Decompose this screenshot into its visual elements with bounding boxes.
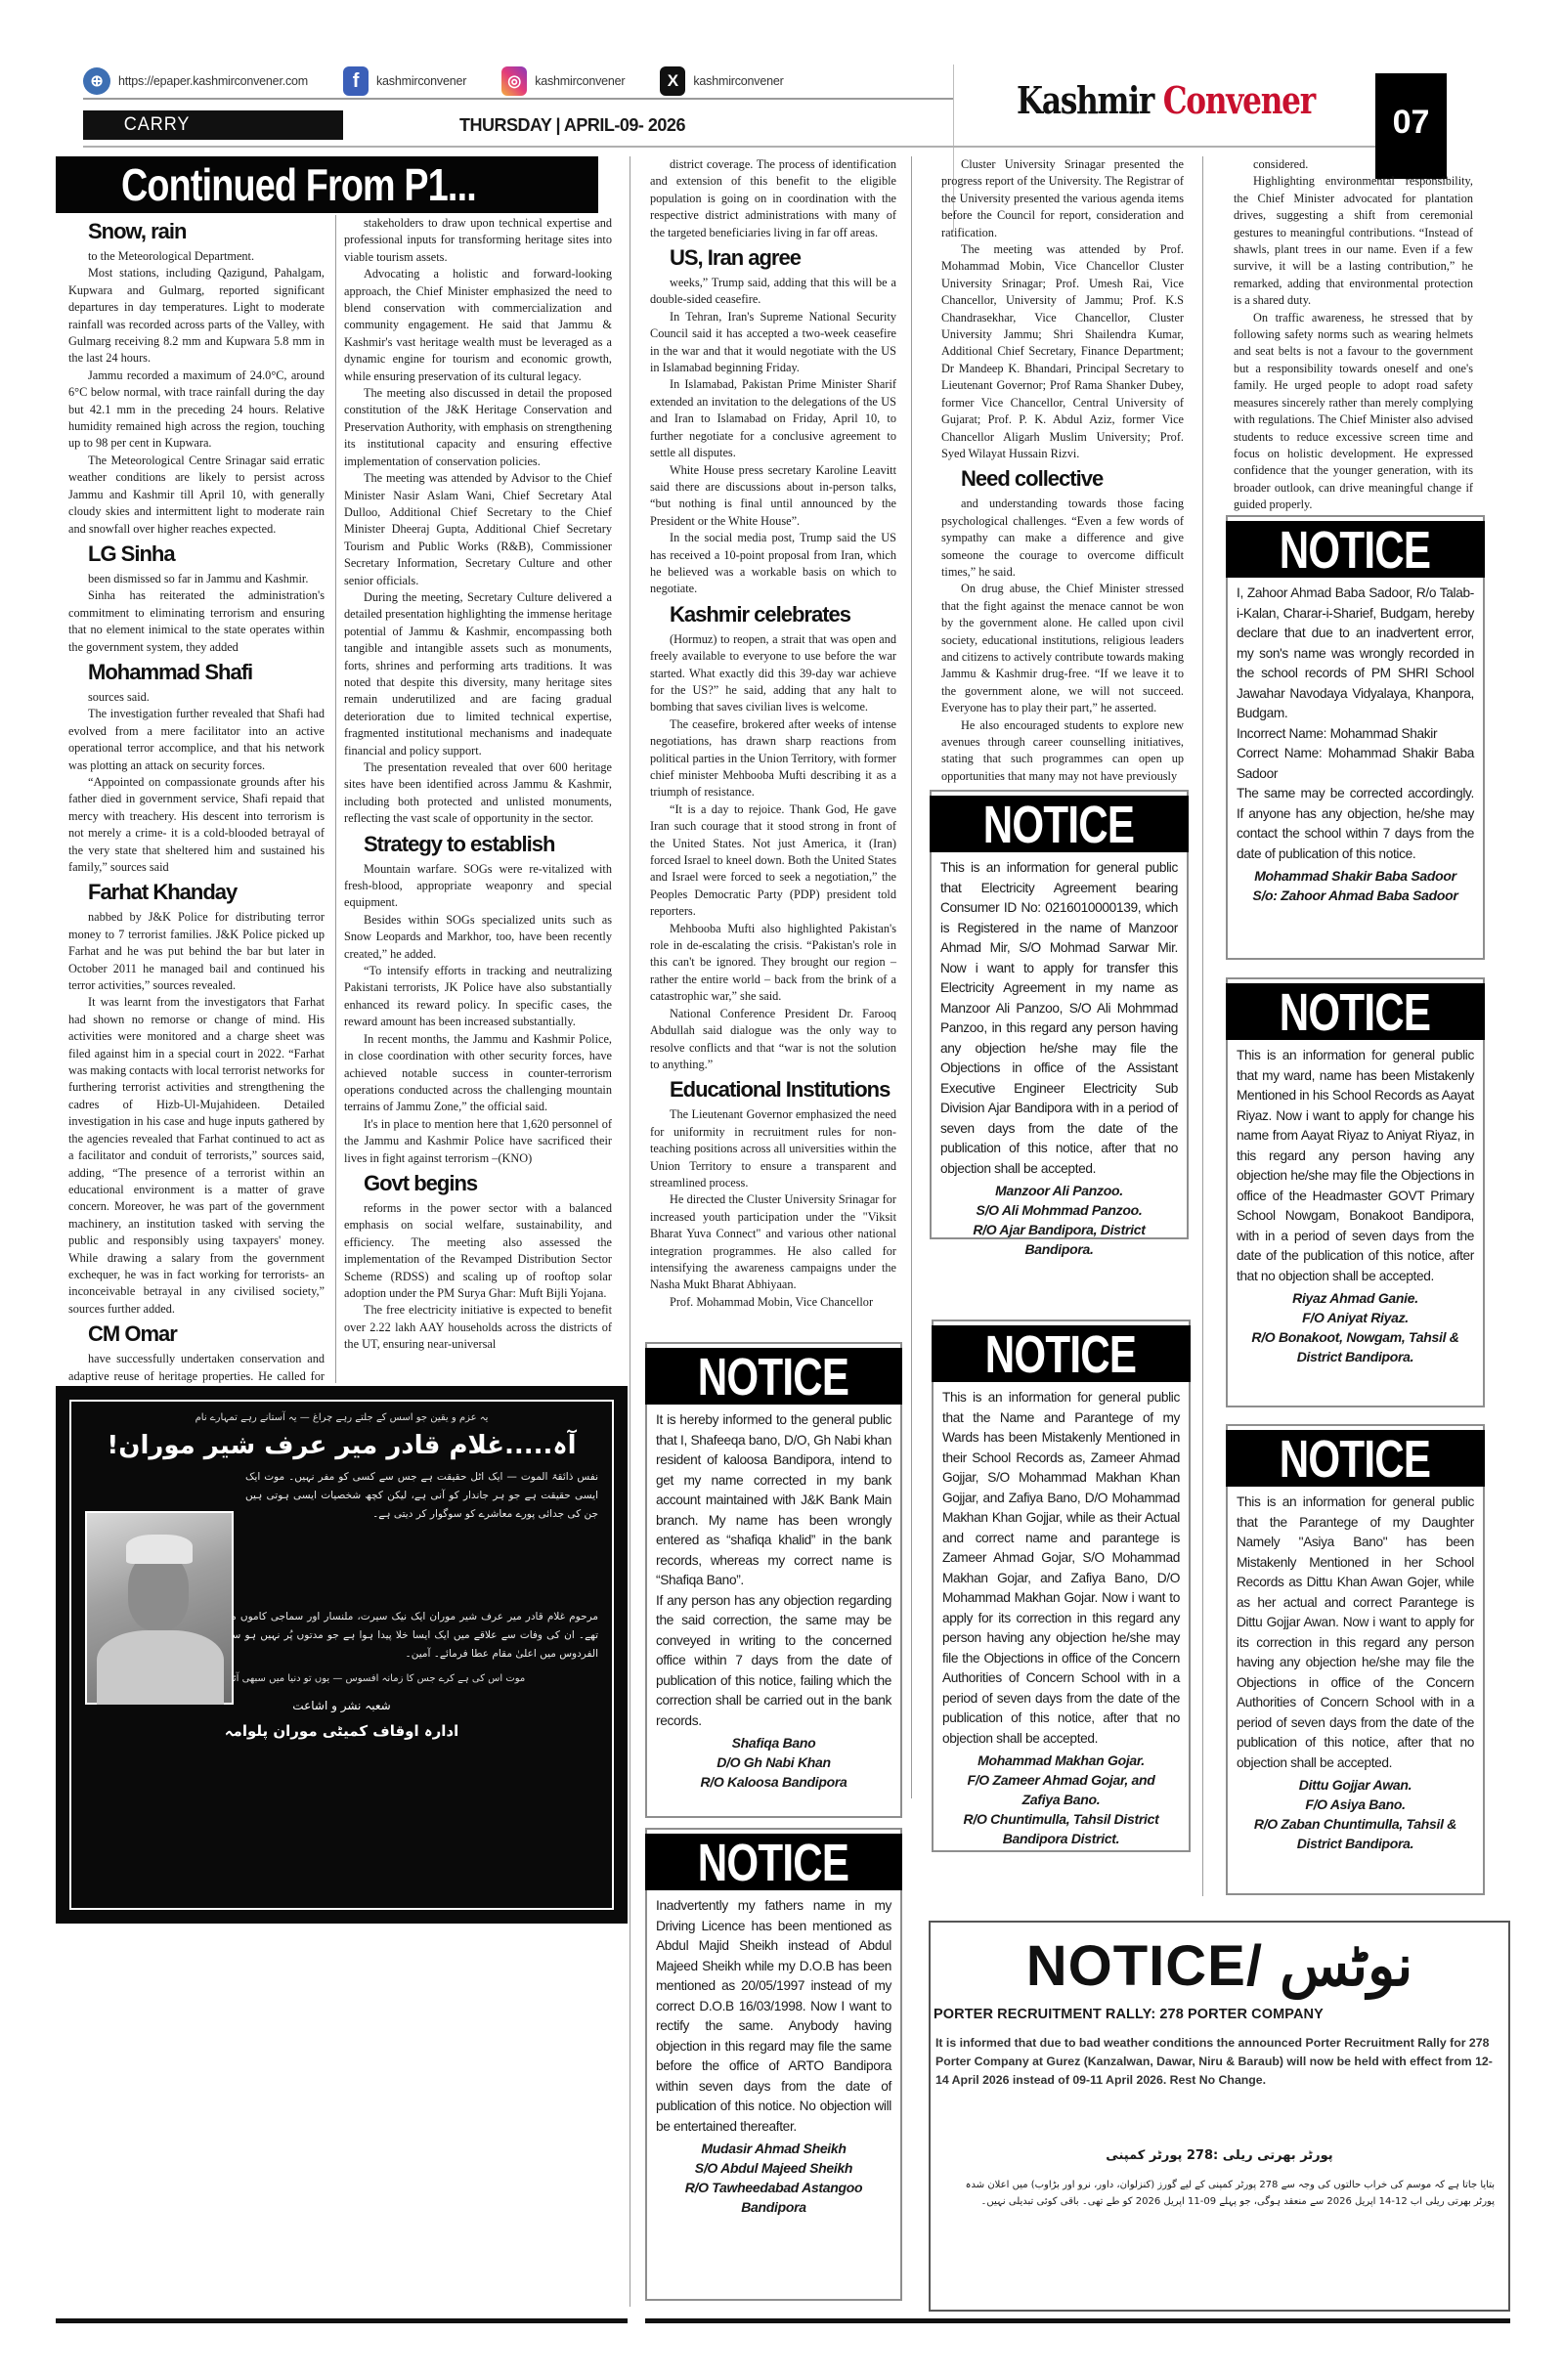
notice-signature: Manzoor Ali Panzoo.S/O Ali Mohmmad Panzo… <box>932 1181 1187 1265</box>
signature-line: Mohammad Shakir Baba Sadoor <box>1234 866 1477 886</box>
article-paragraph: considered. <box>1234 156 1473 173</box>
notice-heading-text: NOTICE <box>985 1325 1136 1384</box>
notice-heading-text: NOTICE <box>1280 1430 1430 1489</box>
article-column-5: considered.Highlighting environmental re… <box>1234 156 1473 514</box>
porter-urdu-title: پورٹر بھرتی ریلی :278 پورٹر کمپنی <box>931 2148 1508 2163</box>
notice-text: Correct Name: Mohammad Shakir Baba Sadoo… <box>1237 744 1474 784</box>
banner-text: Continued From P1... <box>121 156 476 213</box>
notice-text: Incorrect Name: Mohammad Shakir <box>1237 724 1474 745</box>
porter-recruitment-notice: NOTICE/ نوٹس PORTER RECRUITMENT RALLY: 2… <box>929 1921 1510 2312</box>
article-paragraph: Cluster University Srinagar presented th… <box>941 156 1184 241</box>
notice-heading: NOTICE <box>932 1325 1191 1382</box>
signature-line: D/O Gh Nabi Khan <box>653 1753 894 1772</box>
notice-text: It is hereby informed to the general pub… <box>656 1410 891 1591</box>
article-paragraph: to the Meteorological Department. <box>68 248 325 265</box>
logo-convener: Convener <box>1163 78 1315 122</box>
notice-heading-text: NOTICE <box>698 1348 848 1406</box>
article-subheading: CM Omar <box>88 1320 325 1349</box>
notice-text: If any person has any objection regardin… <box>656 1591 891 1732</box>
obituary-verse: یہ عزم و یقین جو اسس کے جلتے رہے چراغ — … <box>71 1411 612 1425</box>
urdu-obituary: یہ عزم و یقین جو اسس کے جلتے رہے چراغ — … <box>56 1386 628 1924</box>
article-subheading: Need collective <box>961 464 1184 494</box>
signature-line: Dittu Gojjar Awan. <box>1234 1775 1477 1795</box>
notice-heading-text: NOTICE <box>1280 521 1430 580</box>
notice-mudasir-sheikh: NOTICEInadvertently my fathers name in m… <box>645 1828 902 2301</box>
x-handle: kashmirconvener <box>693 74 783 88</box>
logo-kashmir: Kashmir <box>1017 78 1153 122</box>
article-paragraph: Mountain warfare. SOGs were re-vitalized… <box>344 861 612 912</box>
article-paragraph: During the meeting, Secretary Culture de… <box>344 589 612 759</box>
notice-text: This is an information for general publi… <box>1237 1046 1474 1286</box>
photo-face <box>128 1552 189 1630</box>
instagram-handle: kashmirconvener <box>535 74 625 88</box>
porter-heading: NOTICE/ نوٹس <box>931 1932 1508 2001</box>
notice-body: This is an information for general publi… <box>934 1382 1189 1751</box>
notice-manzoor-panzoo: NOTICEThis is an information for general… <box>930 790 1189 1239</box>
article-paragraph: Advocating a holistic and forward-lookin… <box>344 266 612 385</box>
notice-heading-text: NOTICE <box>698 1834 848 1892</box>
article-column-3: district coverage. The process of identi… <box>650 156 896 1311</box>
notice-signature: Shafiqa BanoD/O Gh Nabi KhanR/O Kaloosa … <box>647 1733 900 1797</box>
signature-line: R/O Zaban Chuntimulla, Tahsil & <box>1234 1814 1477 1834</box>
article-paragraph: In the social media post, Trump said the… <box>650 530 896 598</box>
article-paragraph: Sinha has reiterated the administration'… <box>68 587 325 656</box>
website-link[interactable]: ⊕ https://epaper.kashmirconvener.com <box>83 67 308 95</box>
article-subheading: US, Iran agree <box>670 243 896 273</box>
article-paragraph: On drug abuse, the Chief Minister stress… <box>941 581 1184 716</box>
article-paragraph: Most stations, including Qazigund, Pahal… <box>68 265 325 367</box>
notice-riyaz-ganie: NOTICEThis is an information for general… <box>1226 977 1485 1407</box>
porter-title: PORTER RECRUITMENT RALLY: 278 PORTER COM… <box>934 2007 1508 2022</box>
article-paragraph: The Lieutenant Governor emphasized the n… <box>650 1106 896 1191</box>
article-paragraph: In Islamabad, Pakistan Prime Minister Sh… <box>650 376 896 461</box>
signature-line: R/O Ajar Bandipora, District <box>937 1220 1181 1239</box>
signature-line: F/O Aniyat Riyaz. <box>1234 1308 1477 1327</box>
obituary-title: آہ.....غلام قادر میر عرف شیر موران! <box>71 1431 612 1460</box>
notice-text: This is an information for general publi… <box>1237 1493 1474 1773</box>
article-paragraph: It was learnt from the investigators tha… <box>68 994 325 1318</box>
social-bar: ⊕ https://epaper.kashmirconvener.com f k… <box>83 70 953 100</box>
notice-shafiqa-bano: NOTICEIt is hereby informed to the gener… <box>645 1342 902 1818</box>
facebook-icon: f <box>343 66 369 96</box>
photo-cap <box>126 1535 193 1564</box>
article-paragraph: Jammu recorded a maximum of 24.0°C, arou… <box>68 368 325 453</box>
article-paragraph: National Conference President Dr. Farooq… <box>650 1006 896 1074</box>
notice-body: Inadvertently my fathers name in my Driv… <box>647 1890 900 2139</box>
article-paragraph: and understanding towards those facing p… <box>941 496 1184 581</box>
article-paragraph: The meeting was attended by Prof. Mohamm… <box>941 241 1184 462</box>
notice-text: The same may be corrected accordingly. I… <box>1237 784 1474 864</box>
signature-line: District Bandipora. <box>1234 1834 1477 1853</box>
notice-signature: Riyaz Ahmad Ganie.F/O Aniyat Riyaz.R/O B… <box>1228 1288 1483 1372</box>
instagram-link[interactable]: ◎ kashmirconvener <box>501 66 625 96</box>
article-subheading: Snow, rain <box>88 217 325 246</box>
signature-line: R/O Tawheedabad Astangoo <box>653 2178 894 2197</box>
website-url: https://epaper.kashmirconvener.com <box>118 74 308 88</box>
signature-line: Mohammad Makhan Gojar. <box>939 1751 1183 1770</box>
article-paragraph: In recent months, the Jammu and Kashmir … <box>344 1031 612 1116</box>
section-label: CARRY <box>83 110 343 140</box>
signature-line: Zafiya Bano. <box>939 1790 1183 1809</box>
signature-line: F/O Asiya Bano. <box>1234 1795 1477 1814</box>
notice-text: This is an information for general publi… <box>940 858 1178 1179</box>
porter-urdu-text: بتایا جاتا ہے کہ موسم کی خراب حالتوں کی … <box>931 2163 1508 2210</box>
newspaper-logo: Kashmir Convener <box>1017 78 1315 122</box>
instagram-icon: ◎ <box>501 66 527 96</box>
notice-gojar-wards: NOTICEThis is an information for general… <box>932 1320 1191 1852</box>
signature-line: S/o: Zahoor Ahmad Baba Sadoor <box>1234 886 1477 905</box>
notice-heading: NOTICE <box>1226 521 1485 578</box>
article-paragraph: It's in place to mention here that 1,620… <box>344 1116 612 1167</box>
article-paragraph: reforms in the power sector with a balan… <box>344 1200 612 1302</box>
x-link[interactable]: X kashmirconvener <box>660 66 783 96</box>
article-paragraph: The presentation revealed that over 600 … <box>344 759 612 828</box>
article-paragraph: nabbed by J&K Police for distributing te… <box>68 909 325 994</box>
notice-body: It is hereby informed to the general pub… <box>647 1405 900 1733</box>
signature-line: R/O Kaloosa Bandipora <box>653 1772 894 1792</box>
notice-heading-text: NOTICE <box>983 796 1134 854</box>
signature-line: Shafiqa Bano <box>653 1733 894 1753</box>
notice-heading: NOTICE <box>1226 983 1485 1040</box>
article-paragraph: Besides within SOGs specialized units su… <box>344 912 612 963</box>
article-column-1: Snow, rainto the Meteorological Departme… <box>68 215 325 1402</box>
article-subheading: Educational Institutions <box>670 1075 896 1104</box>
column-rule <box>335 215 336 1383</box>
notice-text: Inadvertently my fathers name in my Driv… <box>656 1896 891 2137</box>
notice-text: This is an information for general publi… <box>942 1388 1180 1749</box>
article-paragraph: The ceasefire, brokered after weeks of i… <box>650 716 896 801</box>
continued-banner: Continued From P1... <box>56 156 598 213</box>
notice-body: This is an information for general publi… <box>932 852 1187 1181</box>
facebook-handle: kashmirconvener <box>376 74 466 88</box>
photo-body <box>97 1630 224 1705</box>
signature-line: R/O Bonakoot, Nowgam, Tahsil & <box>1234 1327 1477 1347</box>
article-paragraph: The meeting was attended by Advisor to t… <box>344 470 612 589</box>
signature-line: Bandipora District. <box>939 1829 1183 1848</box>
article-paragraph: (Hormuz) to reopen, a strait that was op… <box>650 631 896 716</box>
column-rule <box>1202 156 1203 1896</box>
signature-line: S/O Ali Mohmmad Panzoo. <box>937 1200 1181 1220</box>
signature-line: District Bandipora. <box>1234 1347 1477 1366</box>
article-paragraph: stakeholders to draw upon technical expe… <box>344 215 612 266</box>
notice-signature: Mudasir Ahmad SheikhS/O Abdul Majeed She… <box>647 2139 900 2223</box>
article-paragraph: On traffic awareness, he stressed that b… <box>1234 310 1473 514</box>
obituary-organization: ادارہ اوقاف کمیٹی موران پلوامہ <box>71 1722 612 1740</box>
article-subheading: Kashmir celebrates <box>670 600 896 629</box>
signature-line: Bandipora <box>653 2197 894 2217</box>
notice-body: I, Zahoor Ahmad Baba Sadoor, R/o Talab-i… <box>1228 578 1483 866</box>
article-paragraph: The Meteorological Centre Srinagar said … <box>68 453 325 538</box>
article-paragraph: sources said. <box>68 689 325 706</box>
signature-line: R/O Chuntimulla, Tahsil District <box>939 1809 1183 1829</box>
article-paragraph: The meeting also discussed in detail the… <box>344 385 612 470</box>
signature-line: S/O Abdul Majeed Sheikh <box>653 2158 894 2178</box>
globe-icon: ⊕ <box>83 67 110 95</box>
notice-dittu-gojjar: NOTICEThis is an information for general… <box>1226 1424 1485 1895</box>
article-paragraph: “It is a day to rejoice. Thank God, He g… <box>650 801 896 921</box>
article-paragraph: district coverage. The process of identi… <box>650 156 896 241</box>
article-subheading: Farhat Khanday <box>88 878 325 907</box>
article-column-4: Cluster University Srinagar presented th… <box>941 156 1184 785</box>
bottom-rule <box>56 2318 628 2323</box>
article-paragraph: weeks,” Trump said, adding that this wil… <box>650 275 896 309</box>
article-paragraph: The free electricity initiative is expec… <box>344 1302 612 1353</box>
signature-line: Bandipora. <box>937 1239 1181 1259</box>
article-paragraph: “To intensify efforts in tracking and ne… <box>344 963 612 1031</box>
article-subheading: Mohammad Shafi <box>88 658 325 687</box>
article-paragraph: He directed the Cluster University Srina… <box>650 1191 896 1293</box>
notice-signature: Dittu Gojjar Awan.F/O Asiya Bano.R/O Zab… <box>1228 1775 1483 1859</box>
article-paragraph: Highlighting environmental responsibilit… <box>1234 173 1473 309</box>
masthead-rule <box>83 146 1447 148</box>
column-rule <box>911 156 912 1798</box>
article-paragraph: Prof. Mohammad Mobin, Vice Chancellor <box>650 1294 896 1311</box>
signature-line: Riyaz Ahmad Ganie. <box>1234 1288 1477 1308</box>
notice-heading: NOTICE <box>645 1348 902 1405</box>
notice-heading: NOTICE <box>645 1834 902 1890</box>
facebook-link[interactable]: f kashmirconvener <box>343 66 466 96</box>
article-subheading: Strategy to establish <box>364 830 612 859</box>
article-paragraph: In Tehran, Iran's Supreme National Secur… <box>650 309 896 377</box>
notice-heading-text: NOTICE <box>1280 983 1430 1042</box>
column-rule <box>630 156 630 2307</box>
bottom-rule <box>645 2318 1510 2323</box>
notice-body: This is an information for general publi… <box>1228 1487 1483 1775</box>
notice-heading: NOTICE <box>1226 1430 1485 1487</box>
notice-signature: Mohammad Shakir Baba SadoorS/o: Zahoor A… <box>1228 866 1483 911</box>
article-paragraph: The investigation further revealed that … <box>68 706 325 774</box>
article-paragraph: been dismissed so far in Jammu and Kashm… <box>68 571 325 587</box>
notice-sadoor: NOTICEI, Zahoor Ahmad Baba Sadoor, R/o T… <box>1226 515 1485 960</box>
article-paragraph: White House press secretary Karoline Lea… <box>650 462 896 531</box>
dateline: THURSDAY | APRIL-09- 2026 <box>459 110 685 140</box>
portrait-photo <box>85 1511 234 1705</box>
notice-text: I, Zahoor Ahmad Baba Sadoor, R/o Talab-i… <box>1237 584 1474 724</box>
article-paragraph: “Appointed on compassionate grounds afte… <box>68 774 325 876</box>
x-icon: X <box>660 66 685 96</box>
signature-line: Manzoor Ali Panzoo. <box>937 1181 1181 1200</box>
porter-text: It is informed that due to bad weather c… <box>931 2022 1508 2090</box>
article-subheading: Govt begins <box>364 1169 612 1198</box>
article-paragraph: Mehbooba Mufti also highlighted Pakistan… <box>650 921 896 1006</box>
signature-line: Mudasir Ahmad Sheikh <box>653 2139 894 2158</box>
notice-heading: NOTICE <box>930 796 1189 852</box>
notice-body: This is an information for general publi… <box>1228 1040 1483 1288</box>
signature-line: F/O Zameer Ahmad Gojar, and <box>939 1770 1183 1790</box>
article-column-2: stakeholders to draw upon technical expe… <box>344 215 612 1354</box>
article-subheading: LG Sinha <box>88 540 325 569</box>
article-paragraph: He also encouraged students to explore n… <box>941 717 1184 786</box>
notice-signature: Mohammad Makhan Gojar.F/O Zameer Ahmad G… <box>934 1751 1189 1854</box>
